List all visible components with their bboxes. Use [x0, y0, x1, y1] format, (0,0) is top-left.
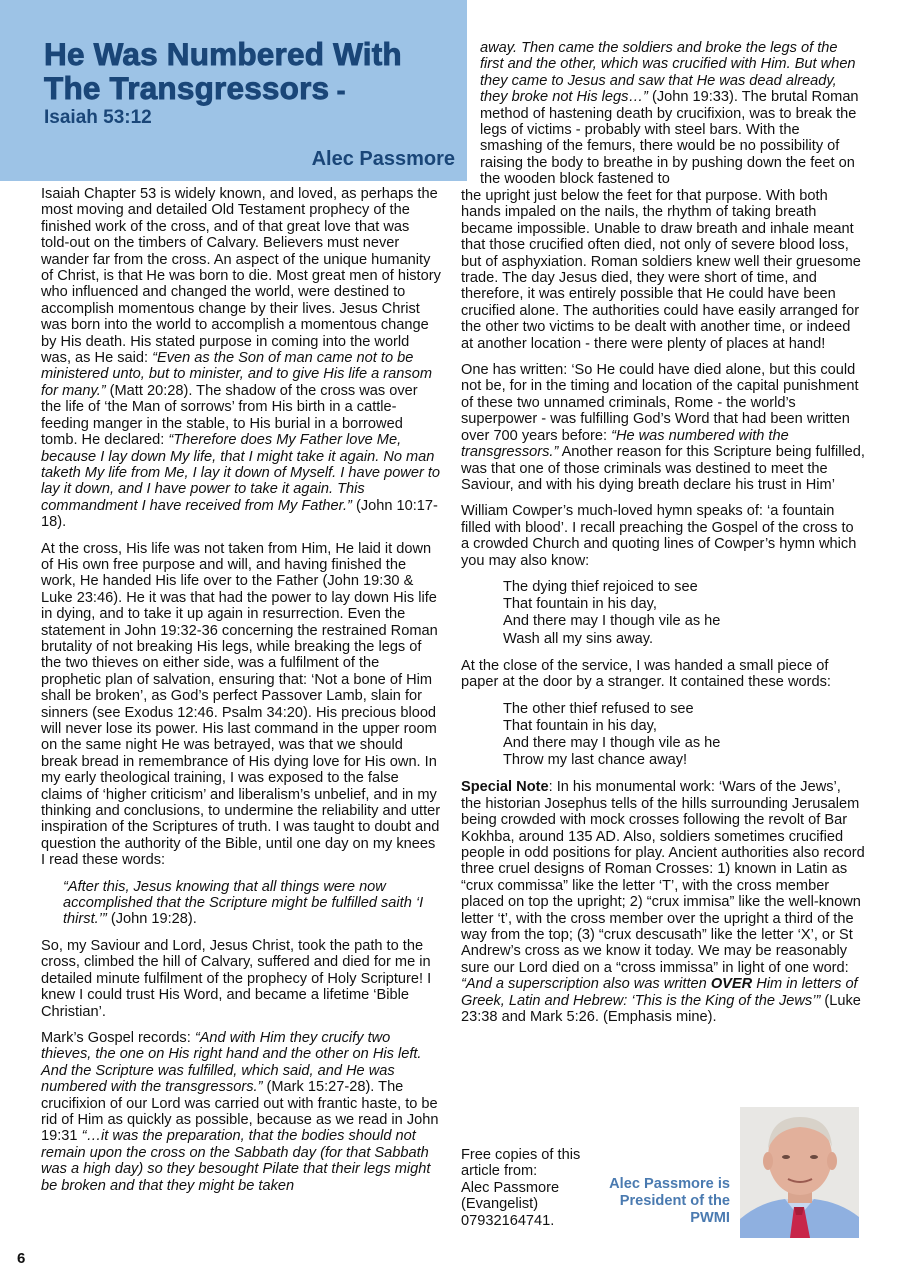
scripture-quote: “And a superscription also was written — [461, 976, 711, 992]
hymn-verse-2: The other thief refused to see That foun… — [503, 701, 865, 770]
paragraph-one-has-written: One has written: ‘So He could have died … — [461, 362, 865, 493]
title-banner: He Was Numbered With The Transgressors -… — [0, 0, 467, 181]
hymn-verse-1: The dying thief rejoiced to see That fou… — [503, 579, 865, 648]
scripture-quote: “…it was the preparation, that the bodie… — [41, 1128, 430, 1193]
author-byline: Alec Passmore — [312, 148, 455, 171]
text-run: Mark’s Gospel records: — [41, 1030, 195, 1046]
article-title: He Was Numbered With The Transgressors - — [44, 37, 402, 107]
contact-line: Alec Passmore — [461, 1180, 601, 1196]
title-line-1: He Was Numbered With — [44, 36, 402, 72]
title-line-2: The Transgressors — [44, 70, 329, 106]
scripture-reference: Isaiah 53:12 — [44, 107, 152, 129]
text-run: Isaiah Chapter 53 is widely known, and l… — [41, 186, 441, 366]
author-photo — [740, 1107, 859, 1238]
poem-line: Throw my last chance away! — [503, 752, 865, 769]
right-column-continuation: away. Then came the soldiers and broke t… — [480, 40, 865, 188]
paragraph-special-note: Special Note: In his monumental work: ‘W… — [461, 779, 865, 1025]
poem-line: That fountain in his day, — [503, 596, 865, 613]
paragraph-continuation: away. Then came the soldiers and broke t… — [480, 40, 865, 188]
text-run: (John 19:28). — [107, 911, 197, 927]
paragraph-crucifixion-method: the upright just below the feet for that… — [461, 188, 865, 352]
poem-line: Wash all my sins away. — [503, 631, 865, 648]
contact-line: Free copies of this — [461, 1147, 601, 1163]
left-column: Isaiah Chapter 53 is widely known, and l… — [41, 186, 441, 1204]
portrait-illustration — [740, 1107, 859, 1238]
contact-phone: 07932164741. — [461, 1213, 601, 1229]
block-quote-john: “After this, Jesus knowing that all thin… — [63, 879, 441, 928]
bio-line: Alec Passmore is — [598, 1176, 730, 1193]
right-column: the upright just below the feet for that… — [461, 188, 865, 1035]
emphasis-word: OVER — [711, 976, 752, 992]
contact-line: article from: — [461, 1163, 601, 1179]
bio-line: President of the — [598, 1193, 730, 1210]
bio-line: PWMI — [598, 1210, 730, 1227]
poem-line: And there may I though vile as he — [503, 613, 865, 630]
paragraph-marks-gospel: Mark’s Gospel records: “And with Him the… — [41, 1030, 441, 1194]
special-note-label: Special Note — [461, 779, 549, 795]
paragraph-intro: Isaiah Chapter 53 is widely known, and l… — [41, 186, 441, 531]
page-number: 6 — [17, 1250, 25, 1267]
poem-line: The other thief refused to see — [503, 701, 865, 718]
title-dash: - — [329, 75, 345, 105]
paragraph-cowper-hymn: William Cowper’s much-loved hymn speaks … — [461, 503, 865, 569]
contact-info: Free copies of this article from: Alec P… — [461, 1147, 601, 1229]
paragraph-at-the-cross: At the cross, His life was not taken fro… — [41, 541, 441, 869]
paragraph-saviour: So, my Saviour and Lord, Jesus Christ, t… — [41, 938, 441, 1020]
poem-line: That fountain in his day, — [503, 718, 865, 735]
contact-line: (Evangelist) — [461, 1196, 601, 1212]
text-run: : In his monumental work: ‘Wars of the J… — [461, 779, 865, 975]
poem-line: And there may I though vile as he — [503, 735, 865, 752]
paragraph-close-of-service: At the close of the service, I was hande… — [461, 658, 865, 691]
poem-line: The dying thief rejoiced to see — [503, 579, 865, 596]
author-bio: Alec Passmore is President of the PWMI — [598, 1176, 730, 1227]
